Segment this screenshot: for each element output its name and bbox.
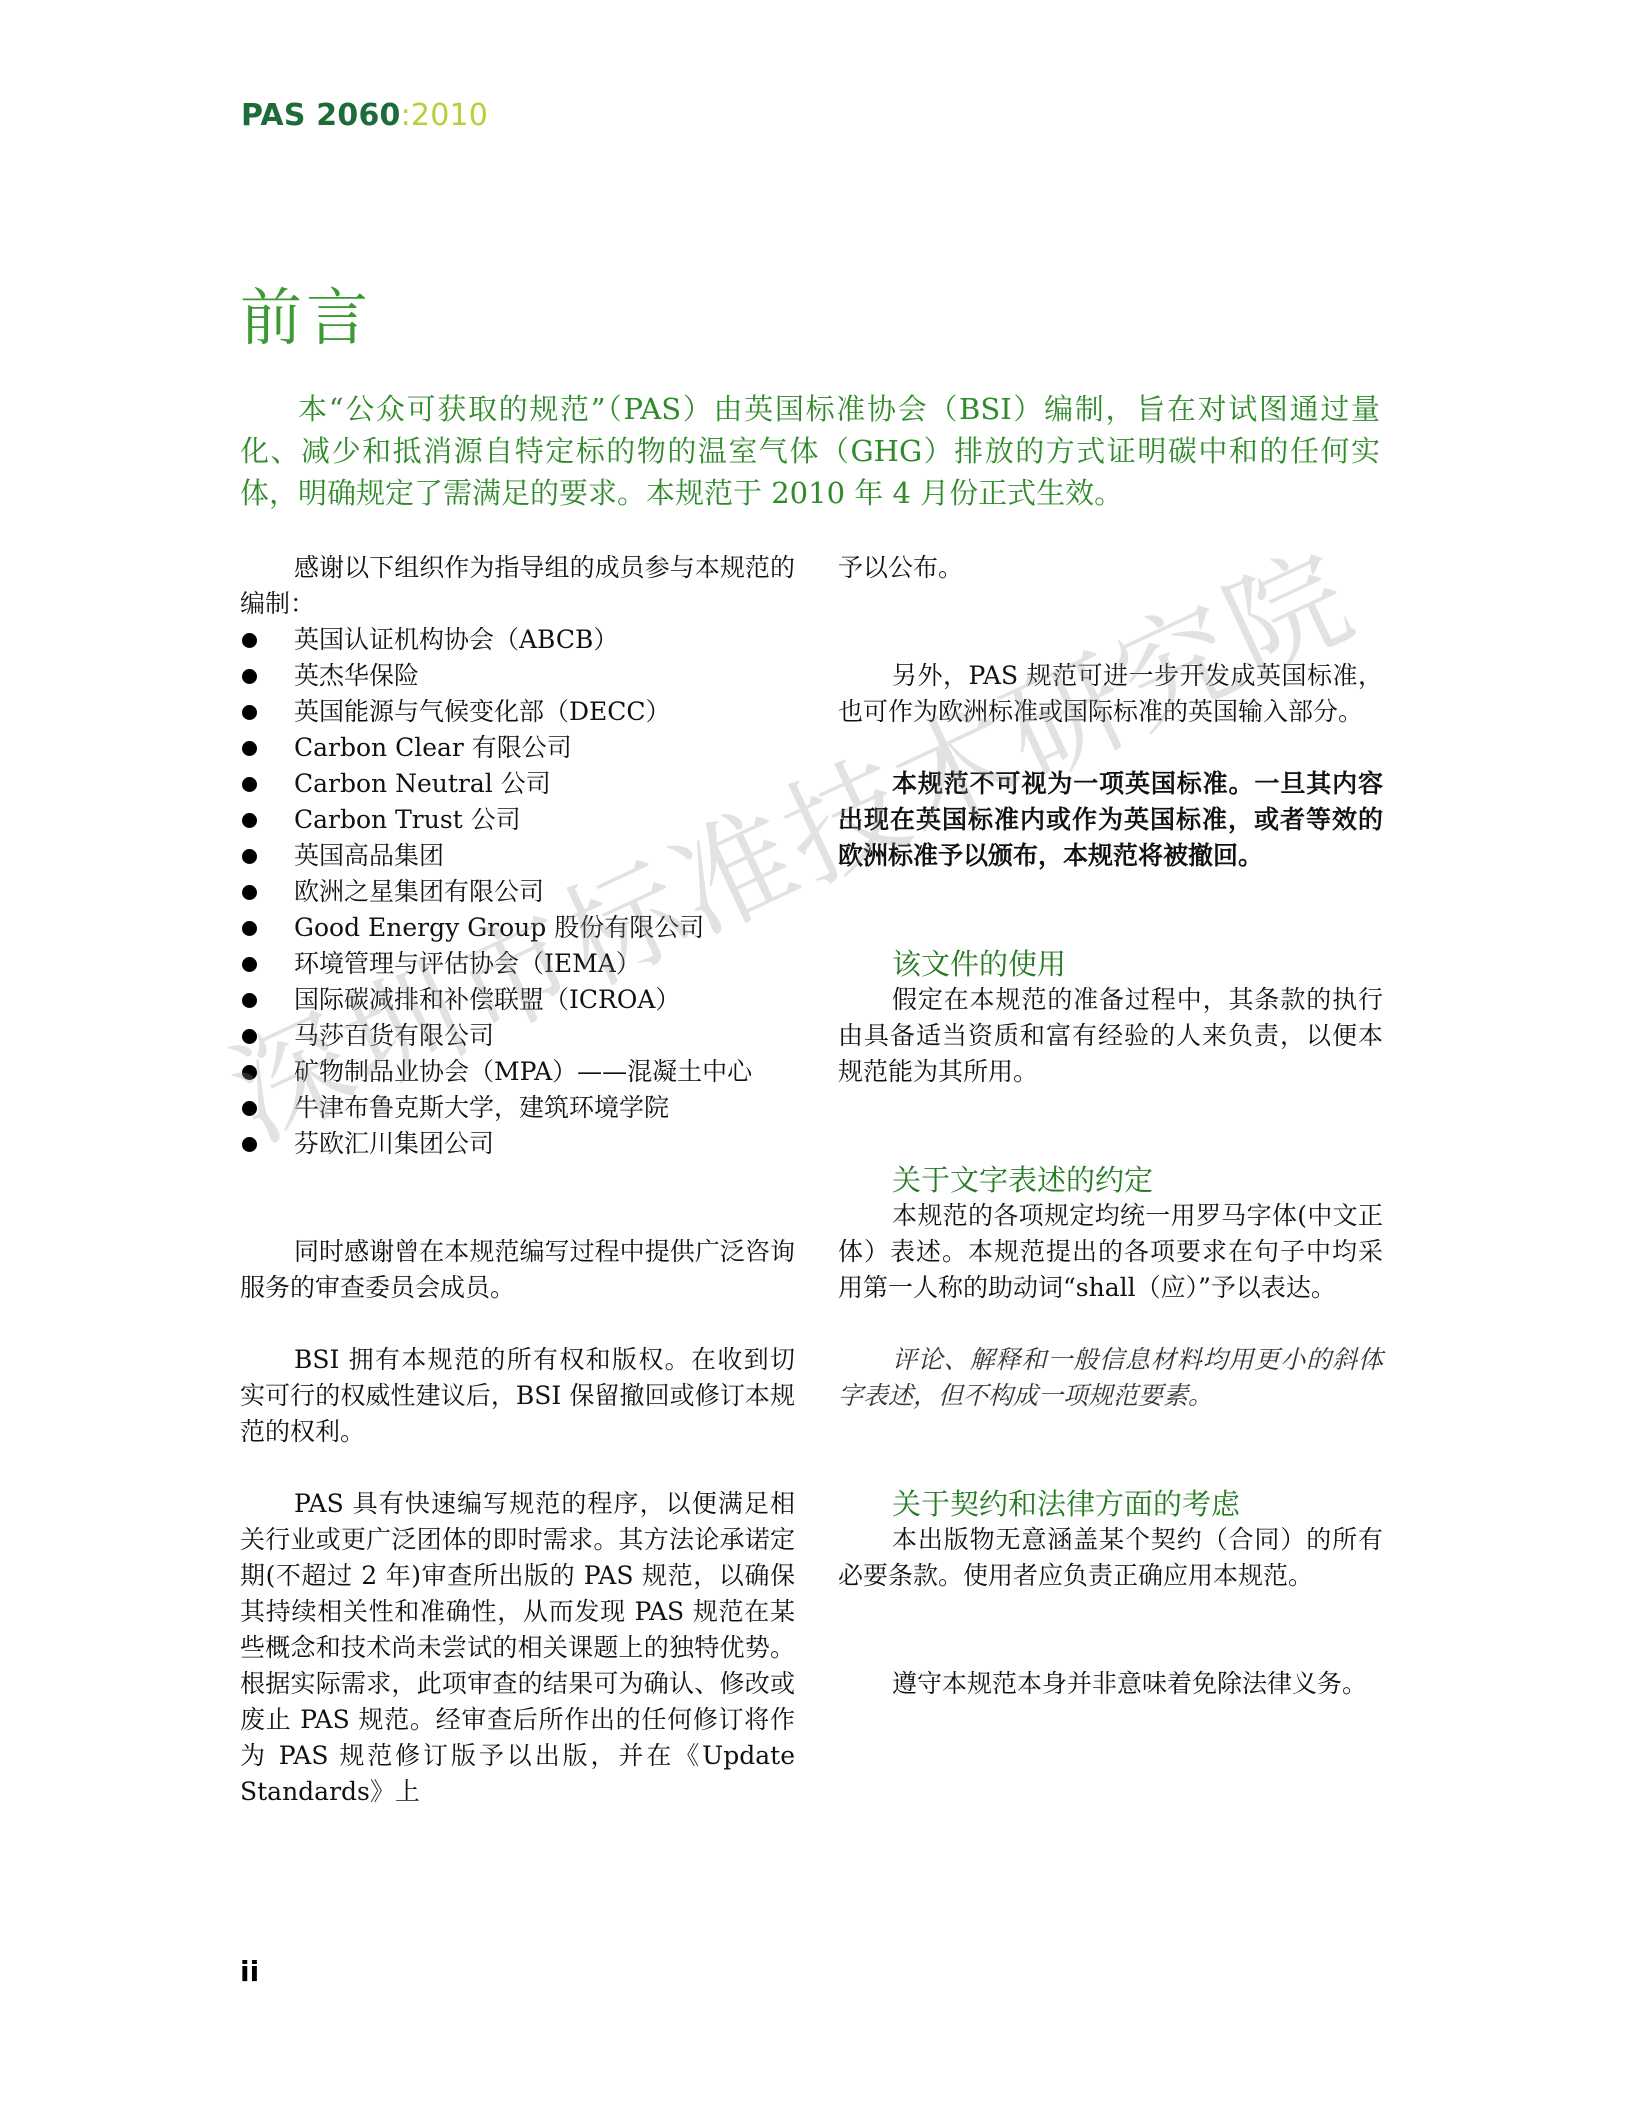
bullet-icon [242, 777, 257, 792]
page-title: 前言 [240, 268, 372, 357]
spacer [838, 730, 1383, 766]
bullet-icon [242, 633, 257, 648]
spacer [838, 1594, 1383, 1666]
not-a-standard-note: 本规范不可视为一项英国标准。一旦其内容出现在英国标准内或作为英国标准，或者等效的… [838, 766, 1383, 874]
process-continued: 予以公布。 [838, 550, 1383, 586]
bullet-icon [242, 885, 257, 900]
standard-code: PAS 2060 [241, 98, 401, 133]
thanks-intro: 感谢以下组织作为指导组的成员参与本规范的编制： [240, 550, 795, 622]
bullet-icon [242, 1029, 257, 1044]
document-header: PAS 2060:2010 [241, 98, 488, 133]
list-item: 英国高品集团 [240, 838, 795, 874]
section-body-legal: 本出版物无意涵盖某个契约（合同）的所有必要条款。使用者应负责正确应用本规范。 [838, 1522, 1383, 1594]
section-heading-conventions: 关于文字表述的约定 [838, 1162, 1383, 1198]
spacer [838, 874, 1383, 946]
list-item: 英国能源与气候变化部（DECC） [240, 694, 795, 730]
standard-year: 2010 [411, 98, 488, 133]
list-item: 欧洲之星集团有限公司 [240, 874, 795, 910]
section-body-use: 假定在本规范的准备过程中，其条款的执行由具备适当资质和富有经验的人来负责，以便本… [838, 982, 1383, 1090]
list-item: Carbon Trust 公司 [240, 802, 795, 838]
bullet-icon [242, 921, 257, 936]
legal-obligation-note: 遵守本规范本身并非意味着免除法律义务。 [838, 1666, 1383, 1702]
italic-note: 评论、解释和一般信息材料均用更小的斜体字表述，但不构成一项规范要素。 [838, 1342, 1383, 1414]
spacer [838, 1090, 1383, 1162]
list-item: 矿物制品业协会（MPA）——混凝土中心 [240, 1054, 795, 1090]
steering-group-list: 英国认证机构协会（ABCB） 英杰华保险 英国能源与气候变化部（DECC） Ca… [240, 622, 795, 1162]
spacer [838, 586, 1383, 658]
process-paragraph: PAS 具有快速编写规范的程序，以便满足相关行业或更广泛团体的即时需求。其方法论… [240, 1486, 795, 1810]
bullet-icon [242, 741, 257, 756]
bullet-icon [242, 993, 257, 1008]
copyright-paragraph: BSI 拥有本规范的所有权和版权。在收到切实可行的权威性建议后，BSI 保留撤回… [240, 1342, 795, 1450]
bullet-icon [242, 1137, 257, 1152]
list-item: 牛津布鲁克斯大学，建筑环境学院 [240, 1090, 795, 1126]
spacer [838, 1306, 1383, 1342]
list-item: 马莎百货有限公司 [240, 1018, 795, 1054]
list-item: Carbon Neutral 公司 [240, 766, 795, 802]
review-committee-thanks: 同时感谢曾在本规范编写过程中提供广泛咨询服务的审查委员会成员。 [240, 1234, 795, 1306]
spacer [838, 1414, 1383, 1486]
list-item: Carbon Clear 有限公司 [240, 730, 795, 766]
bullet-icon [242, 957, 257, 972]
bullet-icon [242, 669, 257, 684]
section-heading-use: 该文件的使用 [838, 946, 1383, 982]
intro-paragraph: 本“公众可获取的规范”（PAS）由英国标准协会（BSI）编制，旨在对试图通过量化… [240, 388, 1380, 514]
header-separator: : [401, 98, 411, 133]
spacer [240, 1450, 795, 1486]
bullet-icon [242, 1101, 257, 1116]
list-item: 英国认证机构协会（ABCB） [240, 622, 795, 658]
right-column: 予以公布。 另外，PAS 规范可进一步开发成英国标准，也可作为欧洲标准或国际标准… [838, 550, 1383, 1702]
bullet-icon [242, 849, 257, 864]
list-item: 环境管理与评估协会（IEMA） [240, 946, 795, 982]
list-item: 英杰华保险 [240, 658, 795, 694]
left-column: 感谢以下组织作为指导组的成员参与本规范的编制： 英国认证机构协会（ABCB） 英… [240, 550, 795, 1810]
page-number: ii [240, 1955, 259, 1988]
spacer [240, 1306, 795, 1342]
development-paragraph: 另外，PAS 规范可进一步开发成英国标准，也可作为欧洲标准或国际标准的英国输入部… [838, 658, 1383, 730]
spacer [240, 1162, 795, 1234]
list-item: Good Energy Group 股份有限公司 [240, 910, 795, 946]
list-item: 芬欧汇川集团公司 [240, 1126, 795, 1162]
bullet-icon [242, 813, 257, 828]
bullet-icon [242, 1065, 257, 1080]
section-heading-legal: 关于契约和法律方面的考虑 [838, 1486, 1383, 1522]
list-item: 国际碳减排和补偿联盟（ICROA） [240, 982, 795, 1018]
section-body-conventions: 本规范的各项规定均统一用罗马字体(中文正体）表述。本规范提出的各项要求在句子中均… [838, 1198, 1383, 1306]
bullet-icon [242, 705, 257, 720]
